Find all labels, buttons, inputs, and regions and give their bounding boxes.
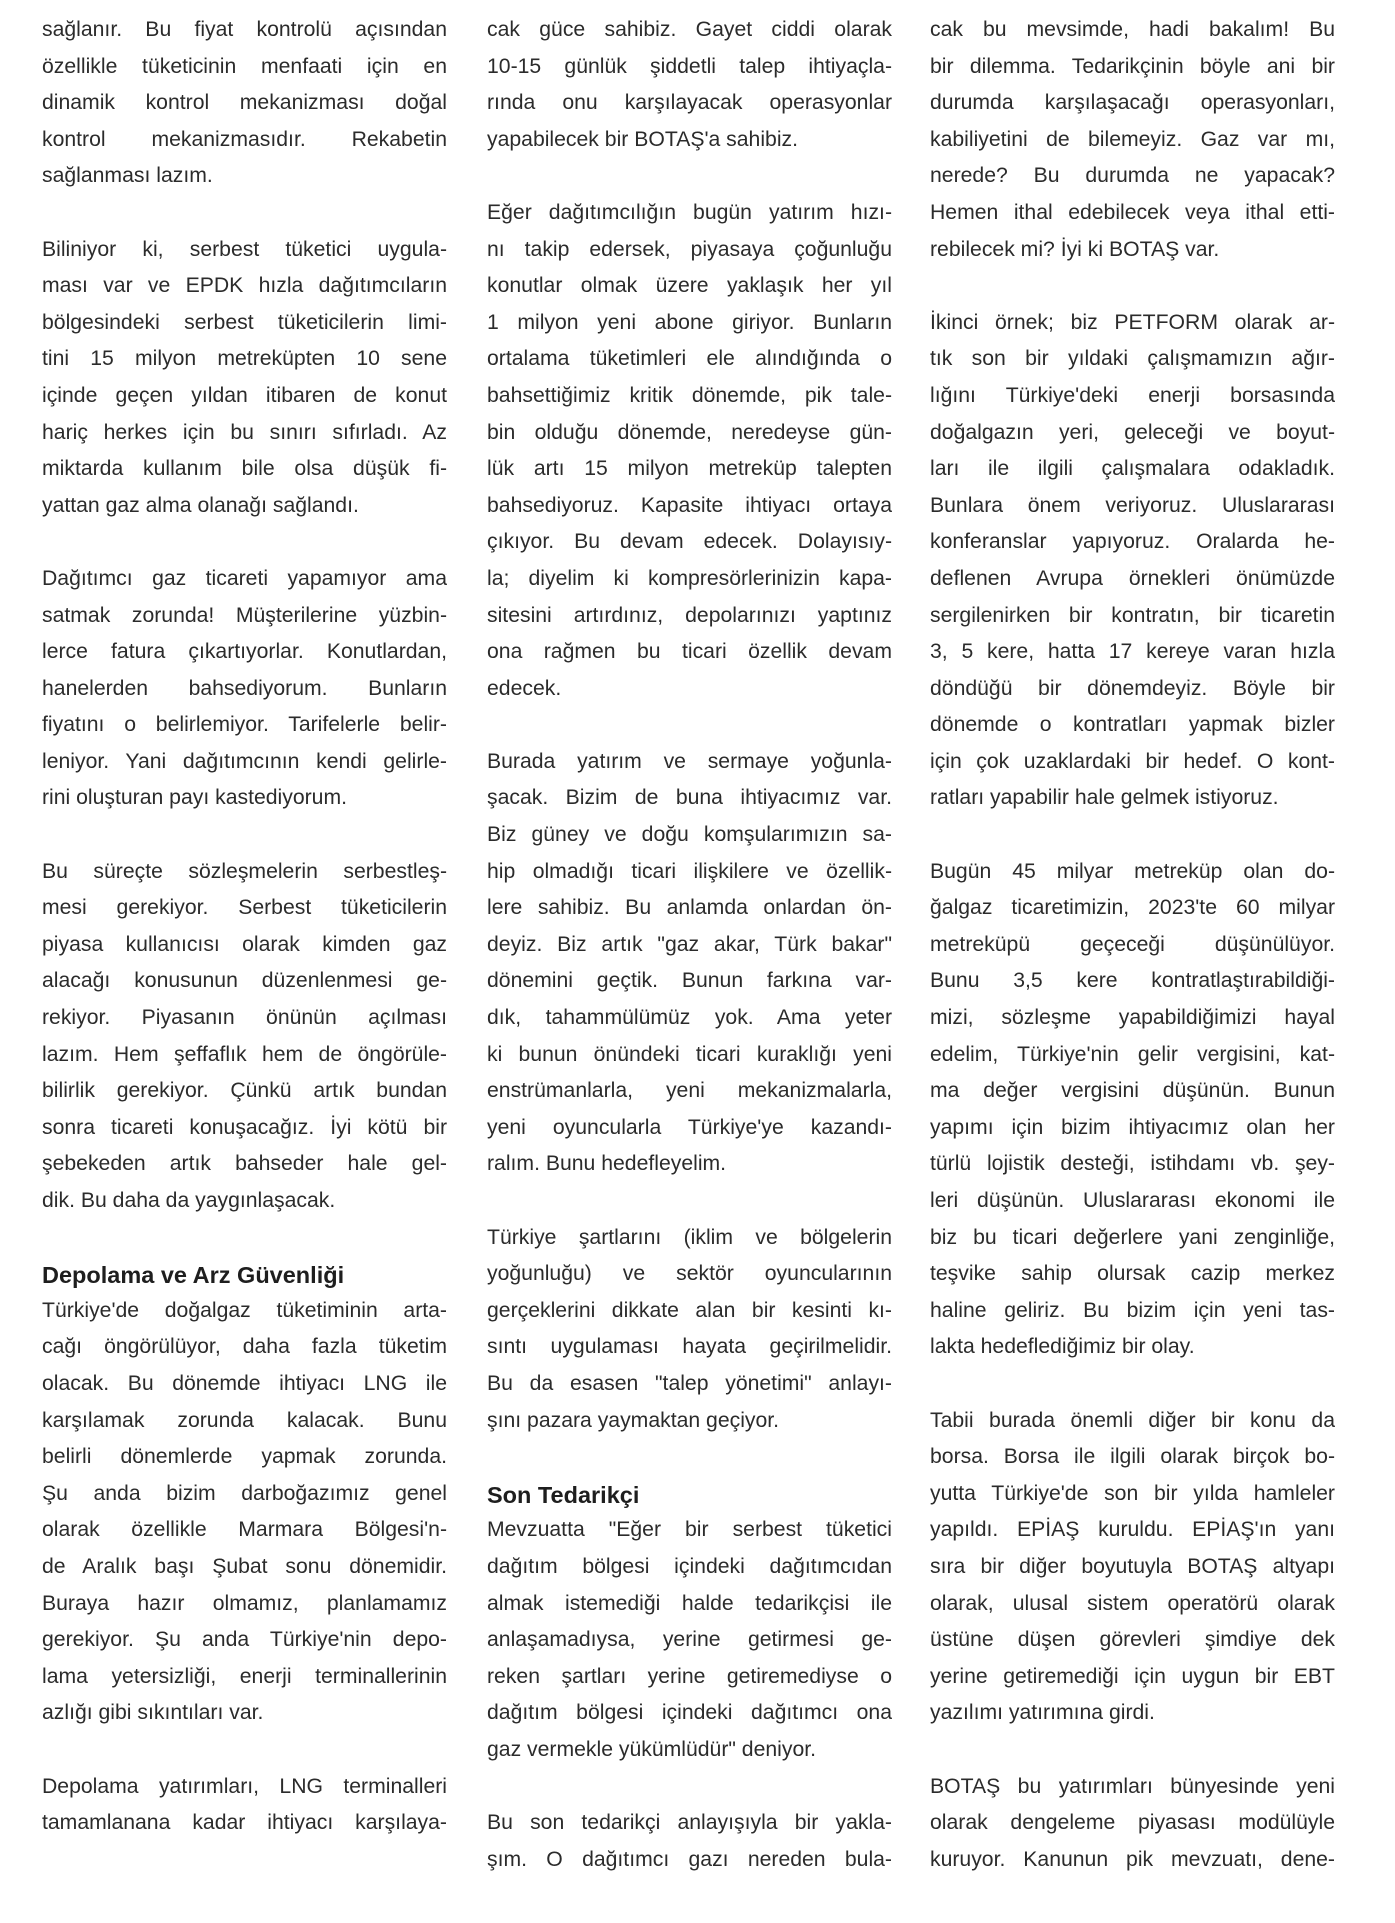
text-line: özellikle tüketicinin menfaati için en [42, 49, 447, 86]
text-line: Buraya hazır olmamız, planlamamız [42, 1586, 447, 1623]
text-line: ki bunun önündeki ticari kuraklığı yeni [487, 1037, 892, 1074]
text-line: lere sahibiz. Bu anlamda onlardan ön- [487, 890, 892, 927]
paragraph-spacer [930, 1732, 1335, 1769]
text-line: enstrümanlarla, yeni mekanizmalarla, [487, 1073, 892, 1110]
text-line: tini 15 milyon metreküpten 10 sene [42, 341, 447, 378]
text-line: rebilecek mi? İyi ki BOTAŞ var. [930, 232, 1335, 269]
paragraph-spacer [930, 268, 1335, 305]
magazine-page: sağlanır. Bu fiyat kontrolü açısındanöze… [0, 0, 1395, 1923]
text-line: bahsediyoruz. Kapasite ihtiyacı ortaya [487, 488, 892, 525]
text-line: ratları yapabilir hale gelmek istiyoruz. [930, 780, 1335, 817]
text-line: bin olduğu dönemde, neredeyse gün- [487, 415, 892, 452]
text-line: fiyatını o belirlemiyor. Tarifelerle bel… [42, 707, 447, 744]
text-line: lama yetersizliği, enerji terminallerini… [42, 1659, 447, 1696]
text-line: bahsettiğimiz kritik dönemde, pik tale- [487, 378, 892, 415]
text-line: durumda karşılaşacağı operasyonları, [930, 85, 1335, 122]
paragraph: cak bu mevsimde, hadi bakalım! Bubir dil… [930, 12, 1335, 268]
text-line: miktarda kullanım bile olsa düşük fi- [42, 451, 447, 488]
text-line: dik. Bu daha da yaygınlaşacak. [42, 1183, 447, 1220]
text-line: lazım. Hem şeffaflık hem de öngörüle- [42, 1037, 447, 1074]
text-line: lakta hedeflediğimiz bir olay. [930, 1329, 1335, 1366]
text-line: edecek. [487, 671, 892, 708]
text-line: yapabilecek bir BOTAŞ'a sahibiz. [487, 122, 892, 159]
paragraph-spacer [930, 817, 1335, 854]
text-line: Bu son tedarikçi anlayışıyla bir yakla- [487, 1805, 892, 1842]
paragraph: cak güce sahibiz. Gayet ciddi olarak10-1… [487, 12, 892, 158]
text-line: la; diyelim ki kompresörlerinizin kapa- [487, 561, 892, 598]
text-line: Biliniyor ki, serbest tüketici uygula- [42, 232, 447, 269]
text-line: hariç herkes için bu sınırı sıfırladı. A… [42, 415, 447, 452]
text-line: sağlanır. Bu fiyat kontrolü açısından [42, 12, 447, 49]
text-line: 3, 5 kere, hatta 17 kereye varan hızla [930, 634, 1335, 671]
text-line: ması var ve EPDK hızla dağıtımcıların [42, 268, 447, 305]
text-line: nı takip edersek, piyasaya çoğunluğu [487, 232, 892, 269]
paragraph: Eğer dağıtımcılığın bugün yatırım hızı-n… [487, 195, 892, 707]
text-line: üstüne düşen görevleri şimdiye dek [930, 1622, 1335, 1659]
text-line: yoğunluğu) ve sektör oyuncularının [487, 1256, 892, 1293]
text-line: Mevzuatta "Eğer bir serbest tüketici [487, 1512, 892, 1549]
text-line: içinde geçen yıldan itibaren de konut [42, 378, 447, 415]
text-line: leniyor. Yani dağıtımcının kendi gelirle… [42, 744, 447, 781]
text-line: Biz güney ve doğu komşularımızın sa- [487, 817, 892, 854]
paragraph-spacer [42, 817, 447, 854]
text-column-3: cak bu mevsimde, hadi bakalım! Bubir dil… [930, 12, 1335, 1878]
text-line: ortalama tüketimleri ele alındığında o [487, 341, 892, 378]
paragraph-spacer [42, 1732, 447, 1769]
paragraph-spacer [42, 195, 447, 232]
text-line: dağıtım bölgesi içindeki dağıtımcıdan [487, 1549, 892, 1586]
text-line: bölgesindeki serbest tüketicilerin limi- [42, 305, 447, 342]
text-line: mesi gerekiyor. Serbest tüketicilerin [42, 890, 447, 927]
text-line: sergilenirken bir kontratın, bir ticaret… [930, 598, 1335, 635]
text-line: Türkiye'de doğalgaz tüketiminin arta- [42, 1293, 447, 1330]
text-line: konutlar olmak üzere yaklaşık her yıl [487, 268, 892, 305]
text-line: de Aralık başı Şubat sonu dönemidir. [42, 1549, 447, 1586]
paragraph-spacer [487, 1439, 892, 1476]
paragraph: Biliniyor ki, serbest tüketici uygula-ma… [42, 232, 447, 525]
text-line: Eğer dağıtımcılığın bugün yatırım hızı- [487, 195, 892, 232]
text-line: rında onu karşılayacak operasyonlar [487, 85, 892, 122]
paragraph-spacer [930, 1366, 1335, 1403]
paragraph: Tabii burada önemli diğer bir konu dabor… [930, 1403, 1335, 1732]
text-line: doğalgazın yeri, geleceği ve boyut- [930, 415, 1335, 452]
text-line: hip olmadığı ticari ilişkilere ve özelli… [487, 854, 892, 891]
text-line: olarak dengeleme piyasası modülüyle [930, 1805, 1335, 1842]
text-line: yattan gaz alma olanağı sağlandı. [42, 488, 447, 525]
text-line: yapıldı. EPİAŞ kuruldu. EPİAŞ'ın yanı [930, 1512, 1335, 1549]
text-line: yapımı için bizim ihtiyacımız olan her [930, 1110, 1335, 1147]
text-line: Şu anda bizim darboğazımız genel [42, 1476, 447, 1513]
text-line: gerçeklerini dikkate alan bir kesinti kı… [487, 1293, 892, 1330]
text-line: edelim, Türkiye'nin gelir vergisini, kat… [930, 1037, 1335, 1074]
text-line: Depolama yatırımları, LNG terminalleri [42, 1769, 447, 1806]
text-line: kuruyor. Kanunun pik mevzuatı, dene- [930, 1842, 1335, 1879]
text-line: kabiliyetini de bilemeyiz. Gaz var mı, [930, 122, 1335, 159]
text-line: yazılımı yatırımına girdi. [930, 1695, 1335, 1732]
text-line: sıra bir diğer boyutuyla BOTAŞ altyapı [930, 1549, 1335, 1586]
text-line: İkinci örnek; biz PETFORM olarak ar- [930, 305, 1335, 342]
paragraph: Dağıtımcı gaz ticareti yapamıyor amasatm… [42, 561, 447, 817]
paragraph: İkinci örnek; biz PETFORM olarak ar-tık … [930, 305, 1335, 817]
text-line: almak istemediği halde tedarikçisi ile [487, 1586, 892, 1623]
text-column-1: sağlanır. Bu fiyat kontrolü açısındanöze… [42, 12, 447, 1842]
paragraph-spacer [42, 1220, 447, 1257]
text-line: dinamik kontrol mekanizması doğal [42, 85, 447, 122]
text-line: biz bu ticari değerlere yani zenginliğe, [930, 1220, 1335, 1257]
text-line: rini oluşturan payı kastediyorum. [42, 780, 447, 817]
text-line: sitesini artırdınız, depolarınızı yaptın… [487, 598, 892, 635]
text-line: yutta Türkiye'de son bir yılda hamleler [930, 1476, 1335, 1513]
text-line: sonra ticareti konuşacağız. İyi kötü bir [42, 1110, 447, 1147]
paragraph-spacer [487, 707, 892, 744]
text-line: döndüğü bir dönemdeyiz. Böyle bir [930, 671, 1335, 708]
text-line: çıkıyor. Bu devam edecek. Dolayısıy- [487, 524, 892, 561]
text-line: tamamlanana kadar ihtiyacı karşılaya- [42, 1805, 447, 1842]
text-line: yeni oyuncularla Türkiye'ye kazandı- [487, 1110, 892, 1147]
text-line: metreküpü geçeceği düşünülüyor. [930, 927, 1335, 964]
text-line: dönemde o kontratları yapmak bizler [930, 707, 1335, 744]
text-line: ralım. Bunu hedefleyelim. [487, 1146, 892, 1183]
text-line: rekiyor. Piyasanın önünün açılması [42, 1000, 447, 1037]
text-line: sağlanması lazım. [42, 158, 447, 195]
text-line: Bunu 3,5 kere kontratlaştırabildiği- [930, 963, 1335, 1000]
text-line: leri düşünün. Uluslararası ekonomi ile [930, 1183, 1335, 1220]
paragraph-spacer [487, 158, 892, 195]
paragraph: Burada yatırım ve sermaye yoğunla-şacak.… [487, 744, 892, 1183]
text-line: hanelerden bahsediyorum. Bunların [42, 671, 447, 708]
paragraph: Depolama yatırımları, LNG terminallerita… [42, 1769, 447, 1842]
text-line: deyiz. Biz artık "gaz akar, Türk bakar" [487, 927, 892, 964]
text-line: lığını Türkiye'deki enerji borsasında [930, 378, 1335, 415]
text-line: olarak, ulusal sistem operatörü olarak [930, 1586, 1335, 1623]
text-line: cağı öngörülüyor, daha fazla tüketim [42, 1329, 447, 1366]
text-line: gerekiyor. Şu anda Türkiye'nin depo- [42, 1622, 447, 1659]
text-line: ları ile ilgili çalışmalara odakladık. [930, 451, 1335, 488]
text-line: BOTAŞ bu yatırımları bünyesinde yeni [930, 1769, 1335, 1806]
text-line: 1 milyon yeni abone giriyor. Bunların [487, 305, 892, 342]
text-line: Türkiye şartlarını (iklim ve bölgelerin [487, 1220, 892, 1257]
paragraph-spacer [42, 524, 447, 561]
text-line: için çok uzaklardaki bir hedef. O kont- [930, 744, 1335, 781]
text-line: tık son bir yıldaki çalışmamızın ağır- [930, 341, 1335, 378]
paragraph: Bu süreçte sözleşmelerin serbestleş-mesi… [42, 854, 447, 1220]
text-line: anlaşamadıysa, yerine getirmesi ge- [487, 1622, 892, 1659]
text-line: dık, tahammülümüz yok. Ama yeter [487, 1000, 892, 1037]
text-line: konferanslar yapıyoruz. Oralarda he- [930, 524, 1335, 561]
text-line: borsa. Borsa ile ilgili olarak birçok bo… [930, 1439, 1335, 1476]
text-line: Bugün 45 milyar metreküp olan do- [930, 854, 1335, 891]
paragraph: Türkiye'de doğalgaz tüketiminin arta-cağ… [42, 1293, 447, 1732]
paragraph-spacer [487, 1769, 892, 1806]
text-line: azlığı gibi sıkıntıları var. [42, 1695, 447, 1732]
text-line: karşılamak zorunda kalacak. Bunu [42, 1403, 447, 1440]
text-line: alacağı konusunun düzenlenmesi ge- [42, 963, 447, 1000]
text-line: dönemini geçtik. Bunun farkına var- [487, 963, 892, 1000]
text-column-2: cak güce sahibiz. Gayet ciddi olarak10-1… [487, 12, 892, 1878]
text-line: ona rağmen bu ticari özellik devam [487, 634, 892, 671]
text-line: 10-15 günlük şiddetli talep ihtiyaçla- [487, 49, 892, 86]
text-line: Hemen ithal edebilecek veya ithal etti- [930, 195, 1335, 232]
text-line: lük artı 15 milyon metreküp talepten [487, 451, 892, 488]
text-line: ğalgaz ticaretimizin, 2023'te 60 milyar [930, 890, 1335, 927]
text-line: kontrol mekanizmasıdır. Rekabetin [42, 122, 447, 159]
text-line: deflenen Avrupa örnekleri önümüzde [930, 561, 1335, 598]
text-line: olarak özellikle Marmara Bölgesi'n- [42, 1512, 447, 1549]
text-line: mizi, sözleşme yapabildiğimizi hayal [930, 1000, 1335, 1037]
text-line: satmak zorunda! Müşterilerine yüzbin- [42, 598, 447, 635]
text-line: bir dilemma. Tedarikçinin böyle ani bir [930, 49, 1335, 86]
section-heading: Depolama ve Arz Güvenliği [42, 1256, 447, 1293]
text-line: nerede? Bu durumda ne yapacak? [930, 158, 1335, 195]
text-line: Bunlara önem veriyoruz. Uluslararası [930, 488, 1335, 525]
text-line: Tabii burada önemli diğer bir konu da [930, 1403, 1335, 1440]
text-line: piyasa kullanıcısı olarak kimden gaz [42, 927, 447, 964]
text-line: belirli dönemlerde yapmak zorunda. [42, 1439, 447, 1476]
text-line: bilirlik gerekiyor. Çünkü artık bundan [42, 1073, 447, 1110]
text-line: şını pazara yaymaktan geçiyor. [487, 1403, 892, 1440]
text-line: Dağıtımcı gaz ticareti yapamıyor ama [42, 561, 447, 598]
text-line: yerine getiremediği için uygun bir EBT [930, 1659, 1335, 1696]
text-line: şebekeden artık bahseder hale gel- [42, 1146, 447, 1183]
text-line: Burada yatırım ve sermaye yoğunla- [487, 744, 892, 781]
text-line: cak güce sahibiz. Gayet ciddi olarak [487, 12, 892, 49]
paragraph: sağlanır. Bu fiyat kontrolü açısındanöze… [42, 12, 447, 195]
text-line: sıntı uygulaması hayata geçirilmelidir. [487, 1329, 892, 1366]
paragraph-spacer [487, 1183, 892, 1220]
text-line: türlü lojistik desteği, istihdamı vb. şe… [930, 1146, 1335, 1183]
text-line: gaz vermekle yükümlüdür" deniyor. [487, 1732, 892, 1769]
text-line: Bu süreçte sözleşmelerin serbestleş- [42, 854, 447, 891]
text-line: Bu da esasen "talep yönetimi" anlayı- [487, 1366, 892, 1403]
paragraph: Bugün 45 milyar metreküp olan do-ğalgaz … [930, 854, 1335, 1366]
paragraph: BOTAŞ bu yatırımları bünyesinde yeniolar… [930, 1769, 1335, 1879]
text-line: cak bu mevsimde, hadi bakalım! Bu [930, 12, 1335, 49]
text-line: reken şartları yerine getiremediyse o [487, 1659, 892, 1696]
text-line: dağıtım bölgesi içindeki dağıtımcı ona [487, 1695, 892, 1732]
text-line: ma değer vergisini düşünün. Bunun [930, 1073, 1335, 1110]
paragraph: Bu son tedarikçi anlayışıyla bir yakla-ş… [487, 1805, 892, 1878]
text-line: teşvike sahip olursak cazip merkez [930, 1256, 1335, 1293]
text-line: şım. O dağıtımcı gazı nereden bula- [487, 1842, 892, 1879]
paragraph: Türkiye şartlarını (iklim ve bölgeleriny… [487, 1220, 892, 1440]
text-line: haline geliriz. Bu bizim için yeni tas- [930, 1293, 1335, 1330]
text-line: olacak. Bu dönemde ihtiyacı LNG ile [42, 1366, 447, 1403]
text-line: şacak. Bizim de buna ihtiyacımız var. [487, 780, 892, 817]
section-heading: Son Tedarikçi [487, 1476, 892, 1513]
paragraph: Mevzuatta "Eğer bir serbest tüketicidağı… [487, 1512, 892, 1768]
text-line: lerce fatura çıkartıyorlar. Konutlardan, [42, 634, 447, 671]
